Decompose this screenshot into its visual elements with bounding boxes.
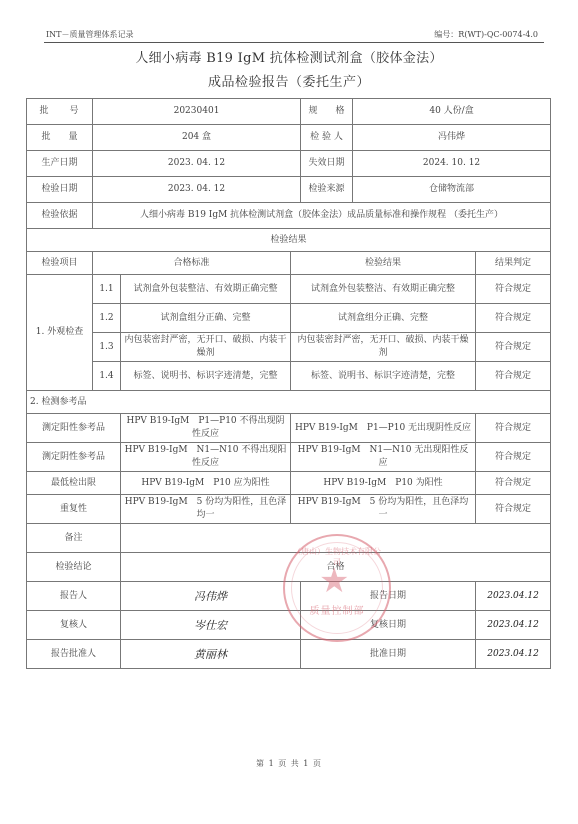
ref-item: 测定阴性参考品 (27, 443, 121, 472)
value-batch-no: 20230401 (93, 99, 301, 125)
value-remarks (121, 524, 551, 553)
reference-section-label: 2. 检测参考品 (27, 391, 551, 414)
item-standard: 标签、说明书、标识字迹清楚，完整 (121, 362, 291, 391)
label-source: 检验来源 (301, 177, 353, 203)
reviewer-signature: 岑仕宏 (121, 611, 301, 640)
row-reporter: 报告人 冯伟烨 报告日期 2023.04.12 (27, 582, 551, 611)
table-row: 重复性 HPV B19-IgM 5 份均为阳性，且色泽均一 HPV B19-Ig… (27, 495, 551, 524)
item-standard: 试剂盒外包装整洁、有效期正确完整 (121, 275, 291, 304)
label-batch-qty: 批 量 (27, 125, 93, 151)
label-remarks: 备注 (27, 524, 121, 553)
item-judgment: 符合规定 (476, 333, 551, 362)
ref-item: 重复性 (27, 495, 121, 524)
table-row: 1.3 内包装密封严密，无开口、破损、内装干燥剂 内包装密封严密，无开口、破损、… (27, 333, 551, 362)
row-remarks: 备注 (27, 524, 551, 553)
label-expiry: 失效日期 (301, 151, 353, 177)
row-basis: 检验依据 人细小病毒 B19 IgM 抗体检测试剂盒（胶体金法）成品质量标准和操… (27, 203, 551, 229)
row-results-title: 检验结果 (27, 229, 551, 252)
approver-signature: 黄丽林 (121, 640, 301, 669)
label-test-date: 检验日期 (27, 177, 93, 203)
ref-judgment: 符合规定 (476, 443, 551, 472)
label-approve-date: 批准日期 (301, 640, 476, 669)
ref-judgment: 符合规定 (476, 472, 551, 495)
label-review-date: 复核日期 (301, 611, 476, 640)
value-basis: 人细小病毒 B19 IgM 抗体检测试剂盒（胶体金法）成品质量标准和操作规程 （… (93, 203, 551, 229)
value-inspector: 冯伟烨 (353, 125, 551, 151)
item-no: 1.3 (93, 333, 121, 362)
ref-result: HPV B19-IgM N1—N10 无出现阳性反应 (291, 443, 476, 472)
label-inspector: 检 验 人 (301, 125, 353, 151)
table-row: 测定阴性参考品 HPV B19-IgM N1—N10 不得出现阳性反应 HPV … (27, 443, 551, 472)
label-basis: 检验依据 (27, 203, 93, 229)
review-date: 2023.04.12 (476, 611, 551, 640)
row-reference-title: 2. 检测参考品 (27, 391, 551, 414)
item-result: 试剂盒组分正确、完整 (291, 304, 476, 333)
document-subtitle: 成品检验报告（委托生产） (0, 71, 578, 90)
item-result: 内包装密封严密，无开口、破损、内装干燥剂 (291, 333, 476, 362)
inspection-report-table: 批 号 20230401 规 格 40 人份/盒 批 量 204 盒 检 验 人… (26, 98, 551, 669)
approve-date: 2023.04.12 (476, 640, 551, 669)
item-judgment: 符合规定 (476, 304, 551, 333)
table-row: 1.4 标签、说明书、标识字迹清楚，完整 标签、说明书、标识字迹清楚，完整 符合… (27, 362, 551, 391)
ref-standard: HPV B19-IgM P1—P10 不得出现阴性反应 (121, 414, 291, 443)
header-result: 检验结果 (291, 252, 476, 275)
label-approver: 报告批准人 (27, 640, 121, 669)
ref-result: HPV B19-IgM P10 为阳性 (291, 472, 476, 495)
item-no: 1.1 (93, 275, 121, 304)
header-judgment: 结果判定 (476, 252, 551, 275)
document-header: INT－质量管理体系记录 编号：R(WT)-QC-0074-4.0 (44, 28, 544, 43)
label-reviewer: 复核人 (27, 611, 121, 640)
ref-judgment: 符合规定 (476, 495, 551, 524)
item-no: 1.2 (93, 304, 121, 333)
document-title: 人细小病毒 B19 IgM 抗体检测试剂盒（胶体金法） (0, 47, 578, 66)
ref-standard: HPV B19-IgM P10 应为阳性 (121, 472, 291, 495)
value-prod-date: 2023. 04. 12 (93, 151, 301, 177)
table-row: 1.2 试剂盒组分正确、完整 试剂盒组分正确、完整 符合规定 (27, 304, 551, 333)
document-code: 编号：R(WT)-QC-0074-4.0 (434, 29, 538, 40)
label-spec: 规 格 (301, 99, 353, 125)
label-prod-date: 生产日期 (27, 151, 93, 177)
value-batch-qty: 204 盒 (93, 125, 301, 151)
reporter-signature: 冯伟烨 (121, 582, 301, 611)
item-standard: 内包装密封严密，无开口、破损、内装干燥剂 (121, 333, 291, 362)
ref-result: HPV B19-IgM 5 份均为阳性，且色泽均一 (291, 495, 476, 524)
ref-standard: HPV B19-IgM N1—N10 不得出现阳性反应 (121, 443, 291, 472)
value-conclusion: 合格 (121, 553, 551, 582)
row-batch-no: 批 号 20230401 规 格 40 人份/盒 (27, 99, 551, 125)
report-date: 2023.04.12 (476, 582, 551, 611)
table-row: 最低检出限 HPV B19-IgM P10 应为阳性 HPV B19-IgM P… (27, 472, 551, 495)
row-batch-qty: 批 量 204 盒 检 验 人 冯伟烨 (27, 125, 551, 151)
value-source: 仓储物流部 (353, 177, 551, 203)
value-spec: 40 人份/盒 (353, 99, 551, 125)
row-results-header: 检验项目 合格标准 检验结果 结果判定 (27, 252, 551, 275)
label-report-date: 报告日期 (301, 582, 476, 611)
label-conclusion: 检验结论 (27, 553, 121, 582)
ref-item: 最低检出限 (27, 472, 121, 495)
item-result: 标签、说明书、标识字迹清楚，完整 (291, 362, 476, 391)
item-result: 试剂盒外包装整洁、有效期正确完整 (291, 275, 476, 304)
item-standard: 试剂盒组分正确、完整 (121, 304, 291, 333)
ref-item: 测定阳性参考品 (27, 414, 121, 443)
row-reviewer: 复核人 岑仕宏 复核日期 2023.04.12 (27, 611, 551, 640)
label-reporter: 报告人 (27, 582, 121, 611)
row-approver: 报告批准人 黄丽林 批准日期 2023.04.12 (27, 640, 551, 669)
value-test-date: 2023. 04. 12 (93, 177, 301, 203)
page-number: 第 1 页 共 1 页 (0, 758, 578, 769)
item-no: 1.4 (93, 362, 121, 391)
item-judgment: 符合规定 (476, 275, 551, 304)
header-item: 检验项目 (27, 252, 93, 275)
value-expiry: 2024. 10. 12 (353, 151, 551, 177)
row-prod-date: 生产日期 2023. 04. 12 失效日期 2024. 10. 12 (27, 151, 551, 177)
results-section-title: 检验结果 (27, 229, 551, 252)
system-name: INT－质量管理体系记录 (46, 29, 134, 40)
label-batch-no: 批 号 (27, 99, 93, 125)
row-test-date: 检验日期 2023. 04. 12 检验来源 仓储物流部 (27, 177, 551, 203)
header-standard: 合格标准 (93, 252, 291, 275)
table-row: 1. 外观检查 1.1 试剂盒外包装整洁、有效期正确完整 试剂盒外包装整洁、有效… (27, 275, 551, 304)
appearance-section-label: 1. 外观检查 (27, 275, 93, 391)
ref-standard: HPV B19-IgM 5 份均为阳性，且色泽均一 (121, 495, 291, 524)
item-judgment: 符合规定 (476, 362, 551, 391)
row-conclusion: 检验结论 合格 (27, 553, 551, 582)
table-row: 测定阳性参考品 HPV B19-IgM P1—P10 不得出现阴性反应 HPV … (27, 414, 551, 443)
ref-judgment: 符合规定 (476, 414, 551, 443)
ref-result: HPV B19-IgM P1—P10 无出现阴性反应 (291, 414, 476, 443)
